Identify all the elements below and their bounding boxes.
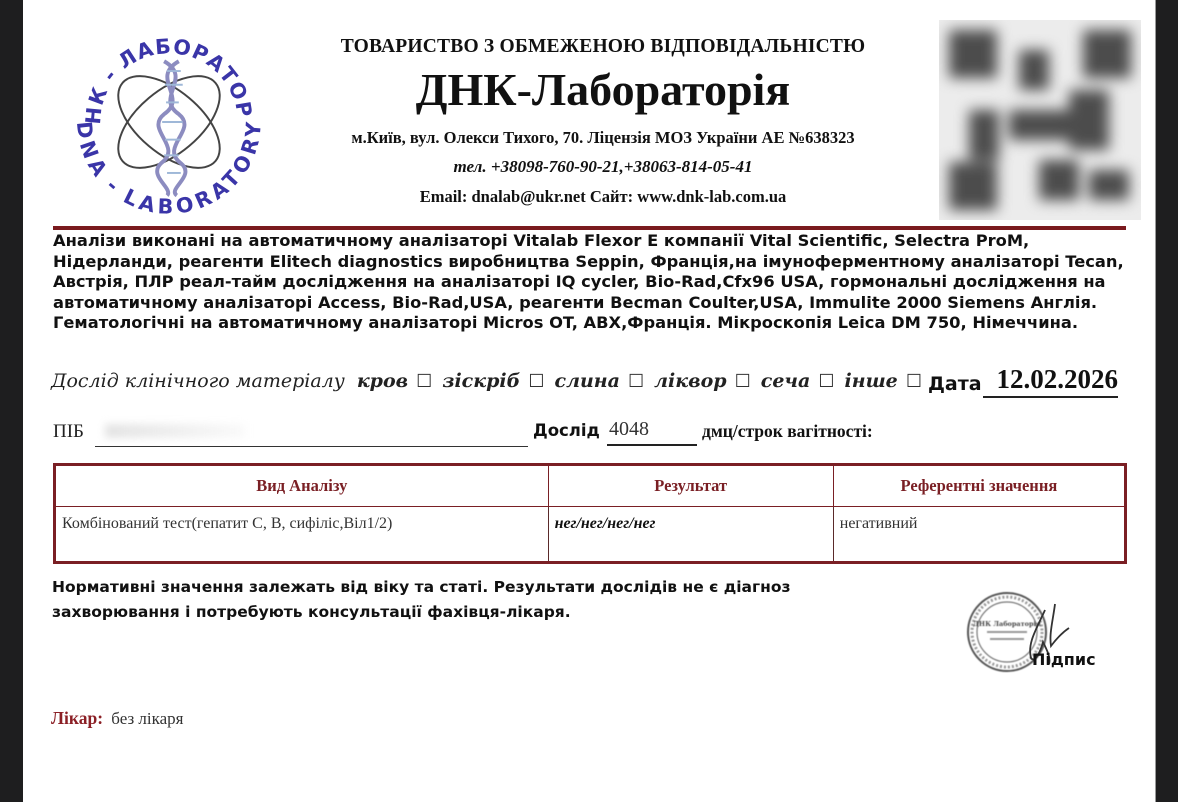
lab-logo: ДНК - ЛАБОРАТОРІЯ DNA - LABORATORY [71,24,267,220]
doctor-label: Лікар: [51,708,103,728]
material-option-label: інше [845,370,898,392]
org-name: ДНК-Лабораторія [283,64,923,116]
column-header-result: Результат [548,465,833,507]
material-option-label: ліквор [654,370,726,392]
test-name-cell: Комбінований тест(гепатит С, В, сифіліс,… [55,507,549,563]
material-option-label: кров [357,370,408,392]
pregnancy-term-label: дмц/строк вагітності: [702,421,873,442]
results-table: Вид Аналізу Результат Референтні значенн… [53,463,1127,564]
date-field[interactable]: 12.02.2026 [983,362,1118,398]
org-type: ТОВАРИСТВО З ОБМЕЖЕНОЮ ВІДПОВІДАЛЬНІСТЮ [283,36,923,58]
header-divider [53,226,1126,230]
material-checkbox[interactable]: ☐ [906,371,922,392]
column-header-test: Вид Аналізу [55,465,549,507]
table-header-row: Вид Аналізу Результат Референтні значенн… [55,465,1126,507]
table-row: Комбінований тест(гепатит С, В, сифіліс,… [55,507,1126,563]
disclaimer: Нормативні значення залежать від віку та… [52,575,872,625]
svg-text:ДНК - ЛАБОРАТОРІЯ: ДНК - ЛАБОРАТОРІЯ [71,24,257,125]
reference-cell: негативний [833,507,1125,563]
document-page: ДНК - ЛАБОРАТОРІЯ DNA - LABORATORY ТОВАР… [23,0,1156,802]
material-checkbox[interactable]: ☐ [528,371,544,392]
date-label: Дата [928,373,982,395]
qr-code-icon [939,20,1141,220]
study-number-field[interactable]: 4048 [607,418,697,446]
patient-name-redacted [105,424,245,438]
material-label: Дослід клінічного матеріалу [51,370,345,392]
signature-label: Підпис [1032,650,1096,669]
dna-atom-logo-icon: ДНК - ЛАБОРАТОРІЯ DNA - LABORATORY [71,24,267,220]
material-checkbox[interactable]: ☐ [818,371,834,392]
org-address: м.Київ, вул. Олекси Тихого, 70. Ліцензія… [283,128,923,148]
material-option-label: слина [555,370,620,392]
material-checkbox[interactable]: ☐ [416,371,432,392]
study-label: Дослід [533,421,600,440]
material-option-label: зіскріб [442,370,520,392]
material-checkbox[interactable]: ☐ [735,371,751,392]
column-header-reference: Референтні значення [833,465,1125,507]
svg-text:DNA - LABORATORY: DNA - LABORATORY [72,120,266,219]
material-checkbox[interactable]: ☐ [628,371,644,392]
analysis-equipment-note: Аналізи виконані на автоматичному аналіз… [53,231,1133,334]
org-phones: тел. +38098-760-90-21,+38063-814-05-41 [283,157,923,177]
disclaimer-line-2: захворювання і потребують консультації ф… [52,600,872,625]
material-option-label: сеча [761,370,811,392]
doctor-value: без лікаря [111,709,183,728]
org-contacts: Email: dnalab@ukr.net Сайт: www.dnk-lab.… [283,187,923,207]
disclaimer-line-1: Нормативні значення залежать від віку та… [52,575,872,600]
patient-name-field[interactable] [95,446,528,447]
doctor-field: Лікар: без лікаря [51,708,184,729]
patient-name-label: ПІБ [53,421,84,443]
result-cell: нег/нег/нег/нег [548,507,833,563]
